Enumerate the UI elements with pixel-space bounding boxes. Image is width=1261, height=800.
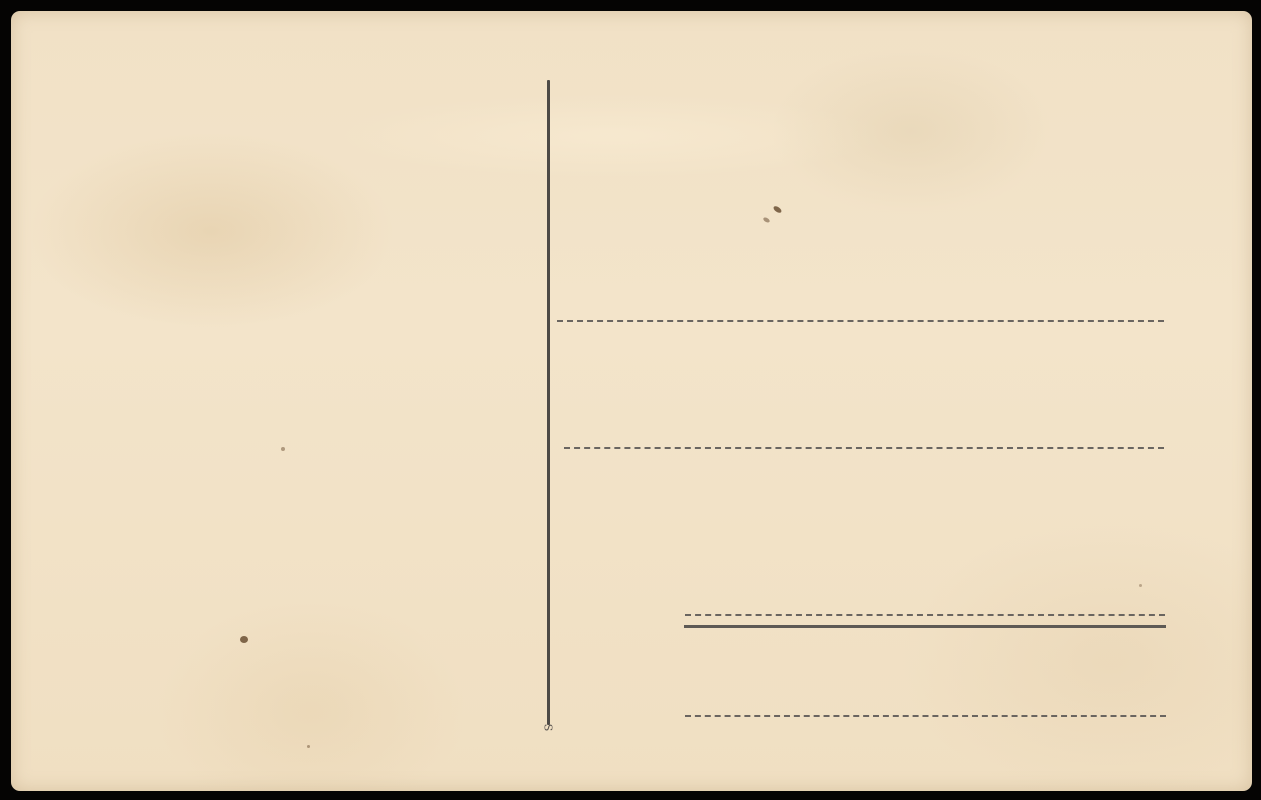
postcard-back: S xyxy=(11,11,1252,791)
stain-mark xyxy=(762,217,770,224)
divider-printer-mark: S xyxy=(542,724,553,732)
address-line-2 xyxy=(564,447,1164,449)
stain-mark xyxy=(281,447,285,451)
address-line-3 xyxy=(685,614,1165,616)
address-solid-rule xyxy=(684,625,1166,628)
stain-mark xyxy=(772,205,782,214)
postcard-frame: S xyxy=(0,0,1261,800)
address-line-1 xyxy=(557,320,1164,322)
stain-mark xyxy=(307,745,310,748)
stain-mark xyxy=(240,636,248,643)
address-line-4 xyxy=(685,715,1166,717)
stain-mark xyxy=(1139,584,1142,587)
center-divider-line xyxy=(547,80,550,725)
